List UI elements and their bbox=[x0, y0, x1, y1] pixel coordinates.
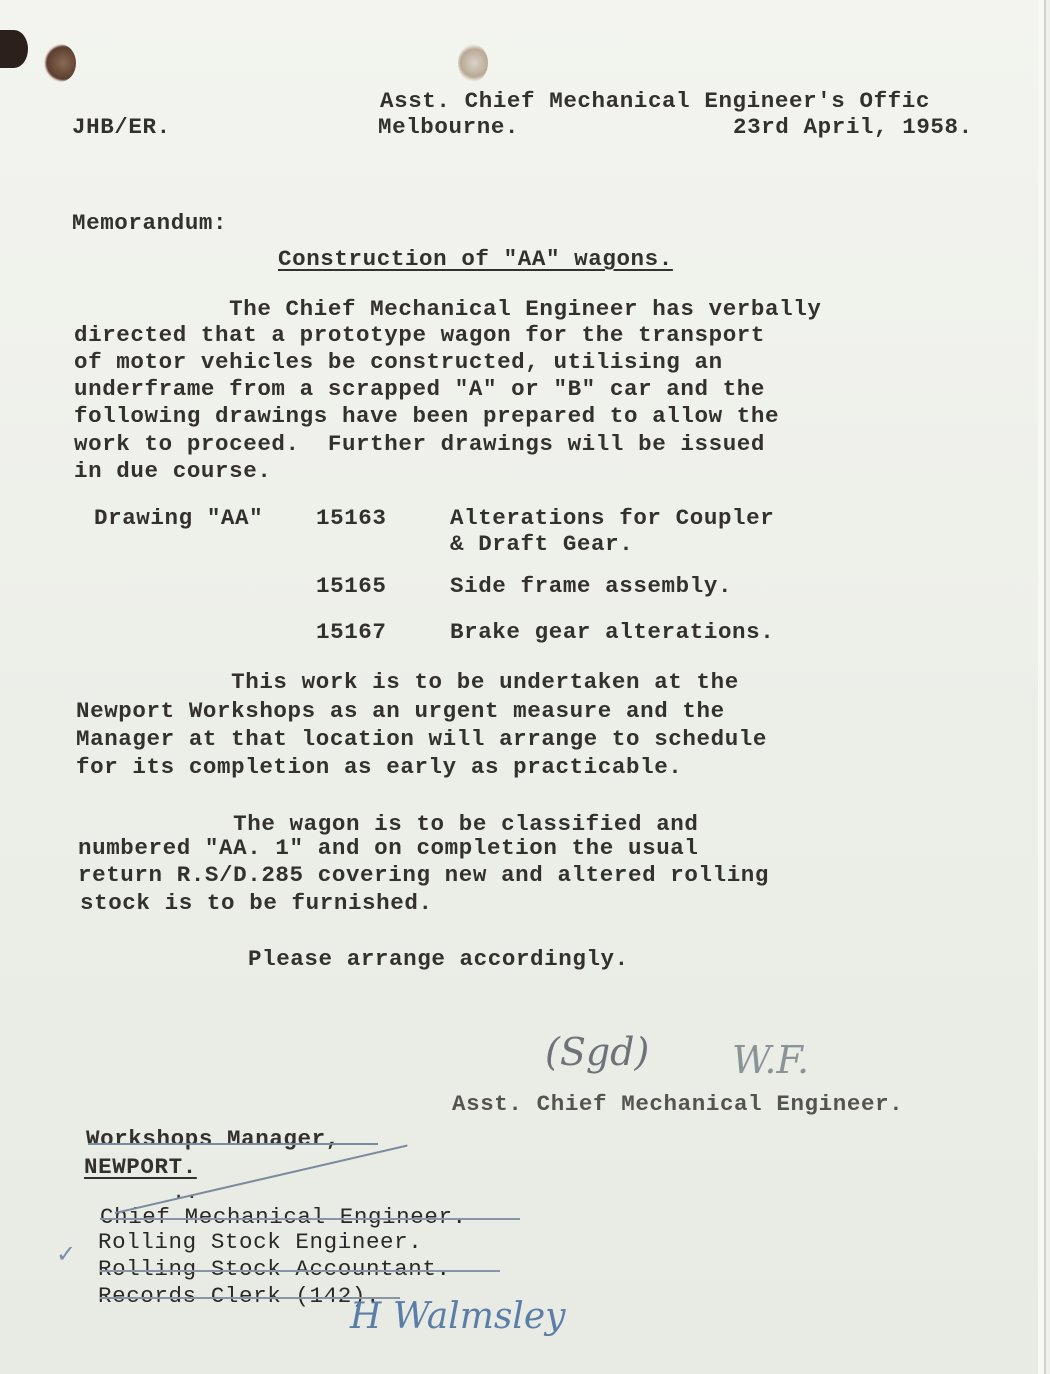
addressee-line-2: NEWPORT. bbox=[84, 1154, 197, 1181]
drawing-number: 15165 bbox=[316, 573, 387, 600]
text-line: This work is to be undertaken at the bbox=[76, 669, 739, 696]
text-line: numbered "AA. 1" and on completion the u… bbox=[78, 835, 699, 862]
addressee-line-1: Workshops Manager, bbox=[86, 1126, 340, 1153]
drawing-prefix: Drawing "AA" bbox=[94, 505, 263, 532]
text-line: in due course. bbox=[74, 458, 271, 485]
drawing-description: Alterations for Coupler bbox=[450, 505, 774, 532]
text-line: The Chief Mechanical Engineer has verbal… bbox=[74, 296, 821, 323]
text-line: Manager at that location will arrange to… bbox=[76, 726, 767, 753]
text-line: The wagon is to be classified and bbox=[78, 811, 699, 838]
closing-line: Please arrange accordingly. bbox=[248, 946, 629, 973]
drawing-description: Brake gear alterations. bbox=[450, 619, 774, 646]
text-line: stock is to be furnished. bbox=[80, 890, 433, 917]
handwritten-initials: W.F. bbox=[732, 1038, 809, 1082]
text-line: following drawings have been prepared to… bbox=[74, 403, 779, 430]
punch-hole bbox=[458, 44, 488, 82]
office-line: Asst. Chief Mechanical Engineer's Offic bbox=[380, 88, 930, 115]
memo-salutation: Memorandum: bbox=[72, 210, 227, 237]
check-mark-icon: ✓ bbox=[56, 1240, 76, 1268]
pencil-line bbox=[88, 1143, 378, 1145]
text-line: Newport Workshops as an urgent measure a… bbox=[76, 698, 725, 725]
city: Melbourne. bbox=[378, 114, 519, 141]
memo-paper: Asst. Chief Mechanical Engineer's Offic … bbox=[0, 0, 1046, 1374]
text-line: for its completion as early as practicab… bbox=[76, 754, 682, 781]
text-line: return R.S/D.285 covering new and altere… bbox=[78, 862, 769, 889]
copy-recipient: Rolling Stock Engineer. bbox=[98, 1229, 422, 1256]
text-line: directed that a prototype wagon for the … bbox=[74, 322, 765, 349]
text-line: underframe from a scrapped "A" or "B" ca… bbox=[74, 376, 765, 403]
text-line: work to proceed. Further drawings will b… bbox=[74, 431, 765, 458]
drawing-description-cont: & Draft Gear. bbox=[450, 531, 633, 558]
text-line: of motor vehicles be constructed, utilis… bbox=[74, 349, 723, 376]
pencil-line bbox=[100, 1218, 520, 1220]
punch-hole bbox=[0, 30, 28, 68]
drawing-number: 15167 bbox=[316, 619, 387, 646]
memo-date: 23rd April, 1958. bbox=[733, 114, 973, 141]
paper-edge bbox=[1038, 0, 1044, 1374]
drawing-number: 15163 bbox=[316, 505, 387, 532]
handwritten-sgd: (Sgd) bbox=[545, 1030, 649, 1074]
signatory-title: Asst. Chief Mechanical Engineer. bbox=[452, 1091, 903, 1118]
drawing-description: Side frame assembly. bbox=[450, 573, 732, 600]
pencil-line bbox=[100, 1270, 500, 1272]
handwritten-signature: H Walmsley bbox=[350, 1296, 565, 1337]
memo-title: Construction of "AA" wagons. bbox=[278, 246, 673, 273]
punch-hole bbox=[44, 44, 76, 82]
reference-code: JHB/ER. bbox=[72, 114, 171, 141]
